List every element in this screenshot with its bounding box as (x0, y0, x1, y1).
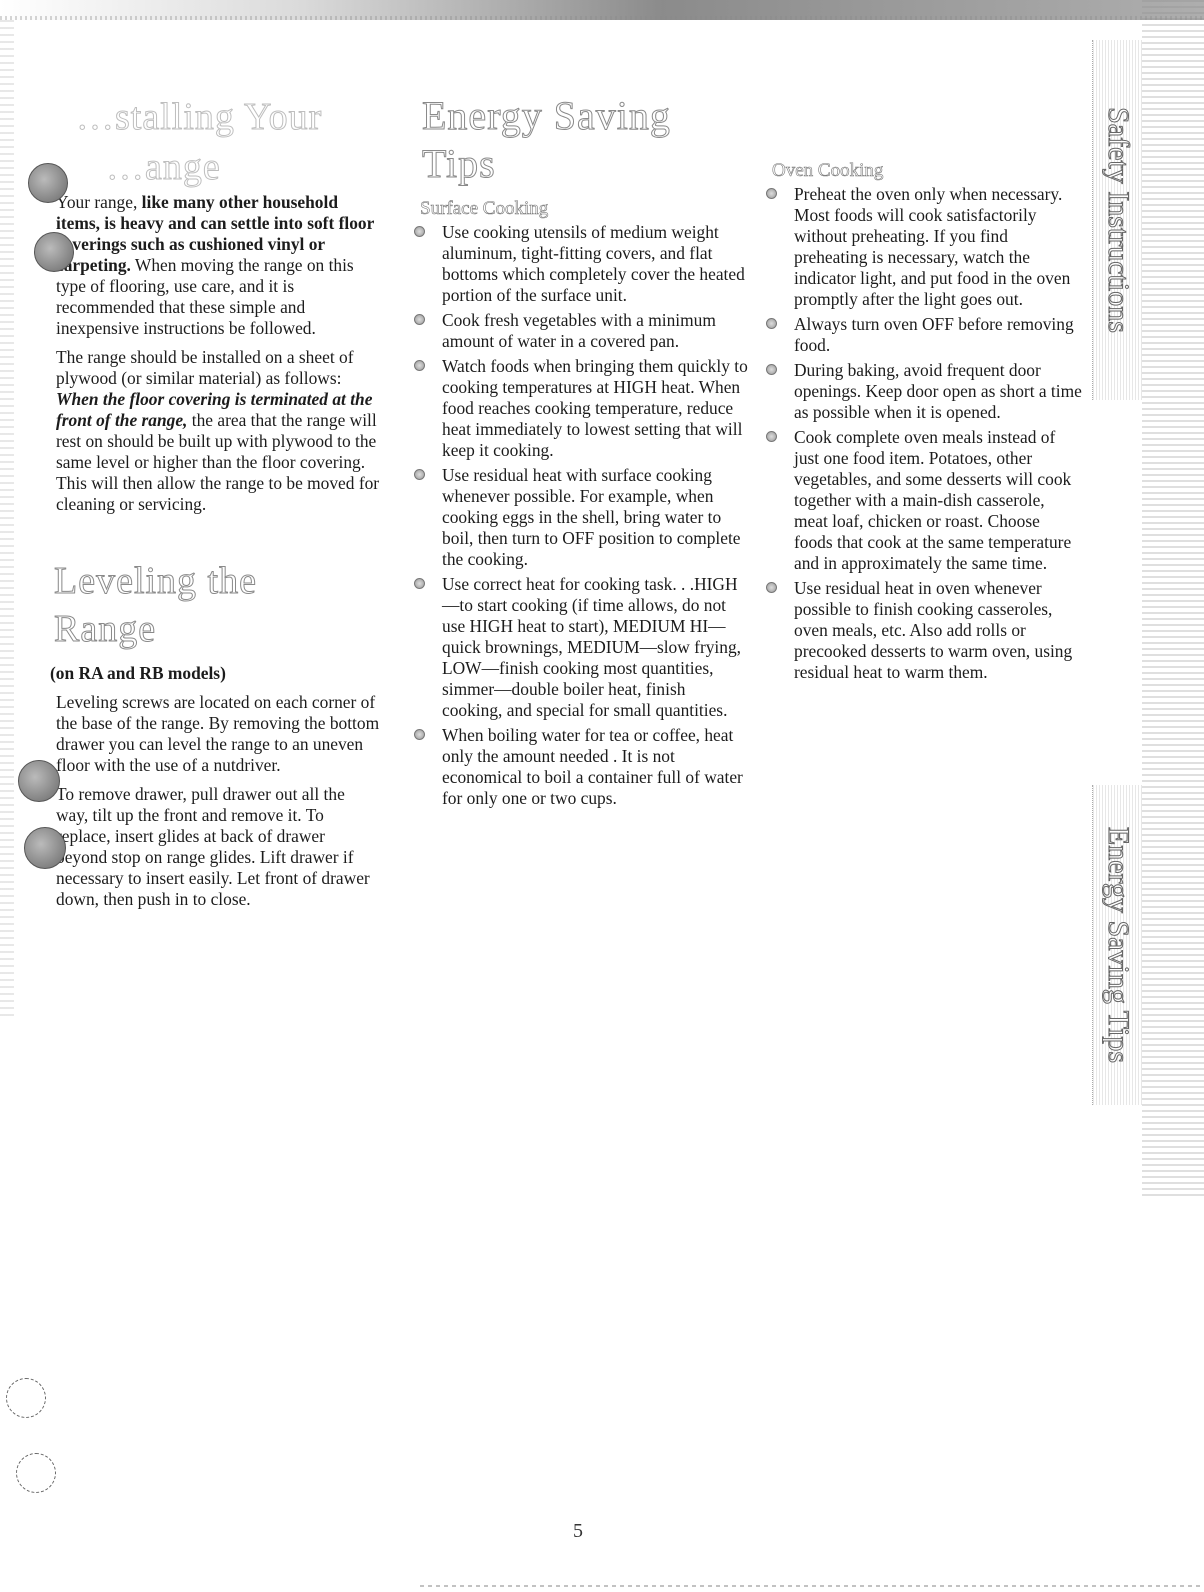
page-number: 5 (573, 1520, 583, 1543)
list-item: Preheat the oven only when necessary. Mo… (762, 184, 1082, 310)
bullet-icon (414, 469, 425, 480)
bullet-icon (766, 431, 777, 442)
side-tab-label: Energy Saving Tips (1101, 827, 1135, 1063)
list-item: Use residual heat in oven whenever possi… (762, 578, 1082, 683)
scan-bottom-edge (420, 1585, 1204, 1587)
list-item: Cook fresh vegetables with a minimum amo… (410, 310, 750, 352)
tip-text: Cook fresh vegetables with a minimum amo… (442, 310, 716, 351)
punch-hole-outline (6, 1378, 46, 1418)
bullet-icon (414, 226, 425, 237)
side-tab-safety-instructions[interactable]: Safety Instructions (1092, 40, 1143, 400)
tip-text: Cook complete oven meals instead of just… (794, 427, 1071, 573)
leveling-heading-line2: Range (54, 608, 156, 650)
installing-heading-line2: …ange (76, 142, 380, 192)
bullet-icon (766, 188, 777, 199)
installing-heading-line1: …stalling Your (76, 96, 322, 138)
scan-right-edge (1142, 0, 1204, 1200)
text: The range should be installed on a sheet… (56, 347, 353, 388)
surface-tips-list: Use cooking utensils of medium weight al… (410, 222, 750, 809)
scan-top-edge (0, 0, 1204, 20)
bullet-icon (414, 314, 425, 325)
oven-cooking-heading: Oven Cooking (772, 160, 1082, 182)
list-item: Watch foods when bringing them quickly t… (410, 356, 750, 461)
bullet-icon (766, 318, 777, 329)
punch-hole-mark (18, 760, 60, 802)
tip-text: Use residual heat with surface cooking w… (442, 465, 741, 569)
list-item: Use correct heat for cooking task. . .HI… (410, 574, 750, 721)
list-item: Always turn oven OFF before removing foo… (762, 314, 1082, 356)
installing-paragraph-2: The range should be installed on a sheet… (40, 347, 380, 515)
bullet-icon (766, 364, 777, 375)
tip-text: Use residual heat in oven whenever possi… (794, 578, 1072, 682)
tip-text: Use correct heat for cooking task. . .HI… (442, 574, 741, 720)
installing-section: …stalling Your …ange Your range, like ma… (40, 92, 380, 918)
bullet-icon (414, 578, 425, 589)
tip-text: Watch foods when bringing them quickly t… (442, 356, 748, 460)
text: Your range, (56, 192, 142, 212)
energy-heading: Energy Saving Tips (410, 92, 750, 188)
leveling-heading-line1: Leveling the (54, 560, 257, 602)
installing-heading: …stalling Your …ange (40, 92, 380, 192)
models-note: (on RA and RB models) (50, 663, 380, 684)
tip-text: When boiling water for tea or coffee, he… (442, 725, 743, 808)
tip-text: During baking, avoid frequent door openi… (794, 360, 1082, 422)
punch-hole-mark (28, 163, 68, 203)
energy-oven-section: Oven Cooking Preheat the oven only when … (762, 160, 1082, 687)
list-item: When boiling water for tea or coffee, he… (410, 725, 750, 809)
leveling-heading: Leveling the Range (40, 557, 380, 653)
tip-text: Use cooking utensils of medium weight al… (442, 222, 745, 305)
list-item: Cook complete oven meals instead of just… (762, 427, 1082, 574)
installing-paragraph-1: Your range, like many other household it… (40, 192, 380, 339)
tip-text: Always turn oven OFF before removing foo… (794, 314, 1074, 355)
list-item: During baking, avoid frequent door openi… (762, 360, 1082, 423)
surface-cooking-heading: Surface Cooking (420, 198, 750, 220)
leveling-paragraph-2: To remove drawer, pull drawer out all th… (40, 784, 380, 910)
scan-left-edge (0, 20, 14, 1020)
energy-surface-section: Energy Saving Tips Surface Cooking Use c… (410, 92, 750, 813)
bullet-icon (414, 729, 425, 740)
punch-hole-mark (34, 232, 74, 272)
side-tab-energy-saving-tips[interactable]: Energy Saving Tips (1092, 785, 1143, 1105)
bullet-icon (766, 582, 777, 593)
side-tab-label: Safety Instructions (1101, 107, 1135, 333)
list-item: Use cooking utensils of medium weight al… (410, 222, 750, 306)
leveling-paragraph-1: Leveling screws are located on each corn… (40, 692, 380, 776)
oven-tips-list: Preheat the oven only when necessary. Mo… (762, 184, 1082, 683)
tip-text: Preheat the oven only when necessary. Mo… (794, 184, 1070, 309)
punch-hole-outline (16, 1453, 56, 1493)
punch-hole-mark (24, 827, 66, 869)
bullet-icon (414, 360, 425, 371)
list-item: Use residual heat with surface cooking w… (410, 465, 750, 570)
